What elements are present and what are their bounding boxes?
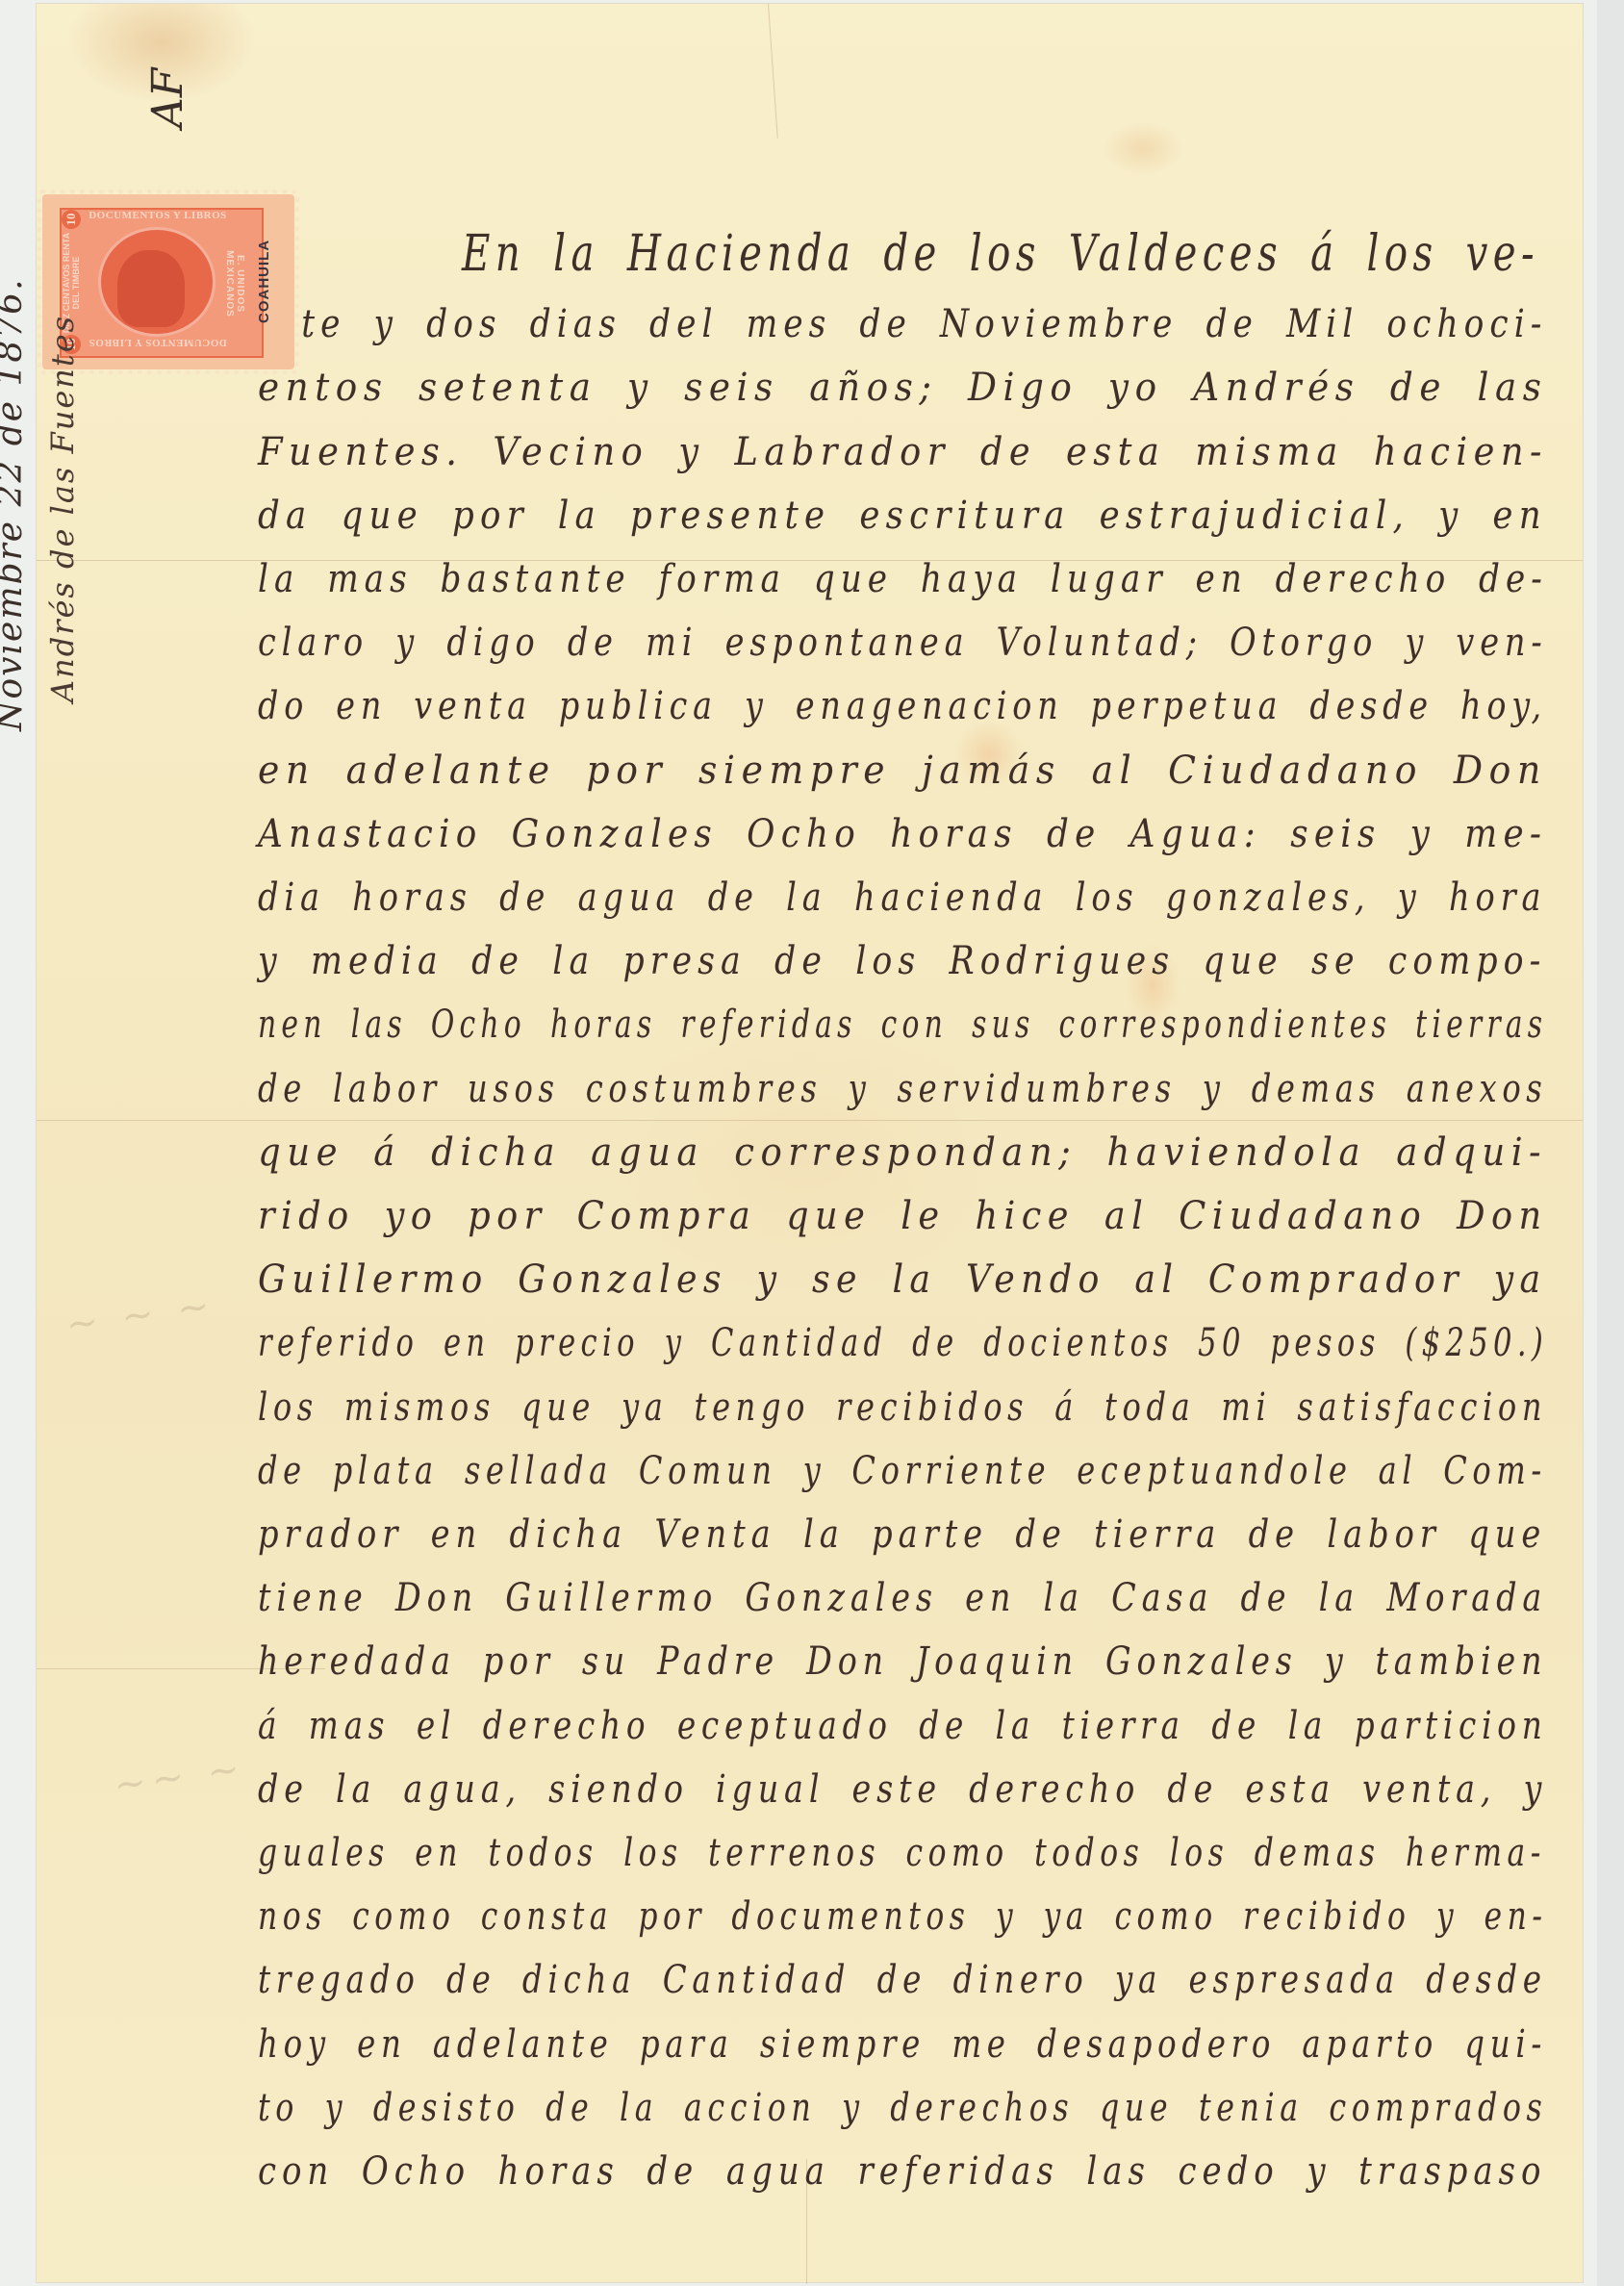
manuscript-line: hoy en adelante para siempre me desapode… xyxy=(258,2022,1547,2067)
manuscript-line: la mas bastante forma que haya lugar en … xyxy=(258,557,1548,601)
manuscript-line: que á dicha agua correspondan; haviendol… xyxy=(258,1130,1547,1175)
manuscript-line: nen las Ocho horas referidas con sus cor… xyxy=(258,1003,1547,1047)
paper-tear xyxy=(768,4,778,139)
manuscript-line: Fuentes. Vecino y Labrador de esta misma… xyxy=(258,430,1548,474)
margin-signature: Andrés de las Fuentes xyxy=(44,315,81,702)
manuscript-line: de la agua, siendo igual este derecho de… xyxy=(258,1767,1547,1812)
manuscript-line: tregado de dicha Cantidad de dinero ya e… xyxy=(258,1958,1547,2002)
bleed-through-text: ~~ ~ xyxy=(111,1746,247,1809)
stamp-right-text: E. UNIDOS MEXICANOS xyxy=(224,226,245,342)
manuscript-line: inte y dos dias del mes de Noviembre de … xyxy=(258,302,1547,346)
manuscript-line: to y desisto de la accion y derechos que… xyxy=(258,2086,1547,2130)
margin-date: Noviembre 22 de 1876. xyxy=(0,277,30,731)
manuscript-line: guales en todos los terrenos como todos … xyxy=(258,1831,1546,1875)
manuscript-line: Anastacio Gonzales Ocho horas de Agua: s… xyxy=(258,812,1547,856)
manuscript-line: nos como consta por documentos y ya como… xyxy=(258,1894,1547,1939)
manuscript-line: referido en precio y Cantidad de docient… xyxy=(258,1321,1548,1365)
portrait-icon xyxy=(117,250,185,327)
manuscript-line: prador en dicha Venta la parte de tierra… xyxy=(258,1512,1546,1557)
manuscript-line: los mismos que ya tengo recibidos á toda… xyxy=(258,1385,1547,1430)
manuscript-line: da que por la presente escritura estraju… xyxy=(258,494,1547,538)
manuscript-line: con Ocho horas de agua referidas las ced… xyxy=(258,2149,1546,2194)
manuscript-line: heredada por su Padre Don Joaquin Gonzal… xyxy=(258,1639,1547,1684)
stamp-overprint: COAHUILA xyxy=(256,223,275,339)
manuscript-line: de labor usos costumbres y servidumbres … xyxy=(258,1067,1547,1111)
manuscript-line: en adelante por siempre jamás al Ciudada… xyxy=(258,749,1547,793)
manuscript-line: Guillermo Gonzales y se la Vendo al Comp… xyxy=(258,1257,1546,1302)
signature-rubric: AF xyxy=(149,70,313,128)
manuscript-line: y media de la presa de los Rodrigues que… xyxy=(258,939,1546,983)
bleed-through-text: ~ ~ ~ xyxy=(63,1283,218,1347)
manuscript-line: do en venta publica y enagenacion perpet… xyxy=(258,684,1547,728)
manuscript-line: tiene Don Guillermo Gonzales en la Casa … xyxy=(258,1576,1547,1620)
manuscript-line: de plata sellada Comun y Corriente ecept… xyxy=(258,1449,1547,1493)
manuscript-line: dia horas de agua de la hacienda los gon… xyxy=(258,876,1546,920)
manuscript-line: rido yo por Compra que le hice al Ciudad… xyxy=(258,1194,1548,1238)
manuscript-line: entos setenta y seis años; Digo yo André… xyxy=(258,366,1548,410)
scanner-backdrop xyxy=(1597,0,1624,2286)
manuscript-line: En la Hacienda de los Valdeces á los ve- xyxy=(462,225,1539,283)
fold-crease xyxy=(37,1120,1583,1121)
manuscript-line: á mas el derecho eceptuado de la tierra … xyxy=(258,1704,1547,1748)
margin-note: Noviembre 22 de 1876. Andrés de las Fuen… xyxy=(0,115,106,731)
manuscript-line: claro y digo de mi espontanea Voluntad; … xyxy=(258,621,1548,665)
